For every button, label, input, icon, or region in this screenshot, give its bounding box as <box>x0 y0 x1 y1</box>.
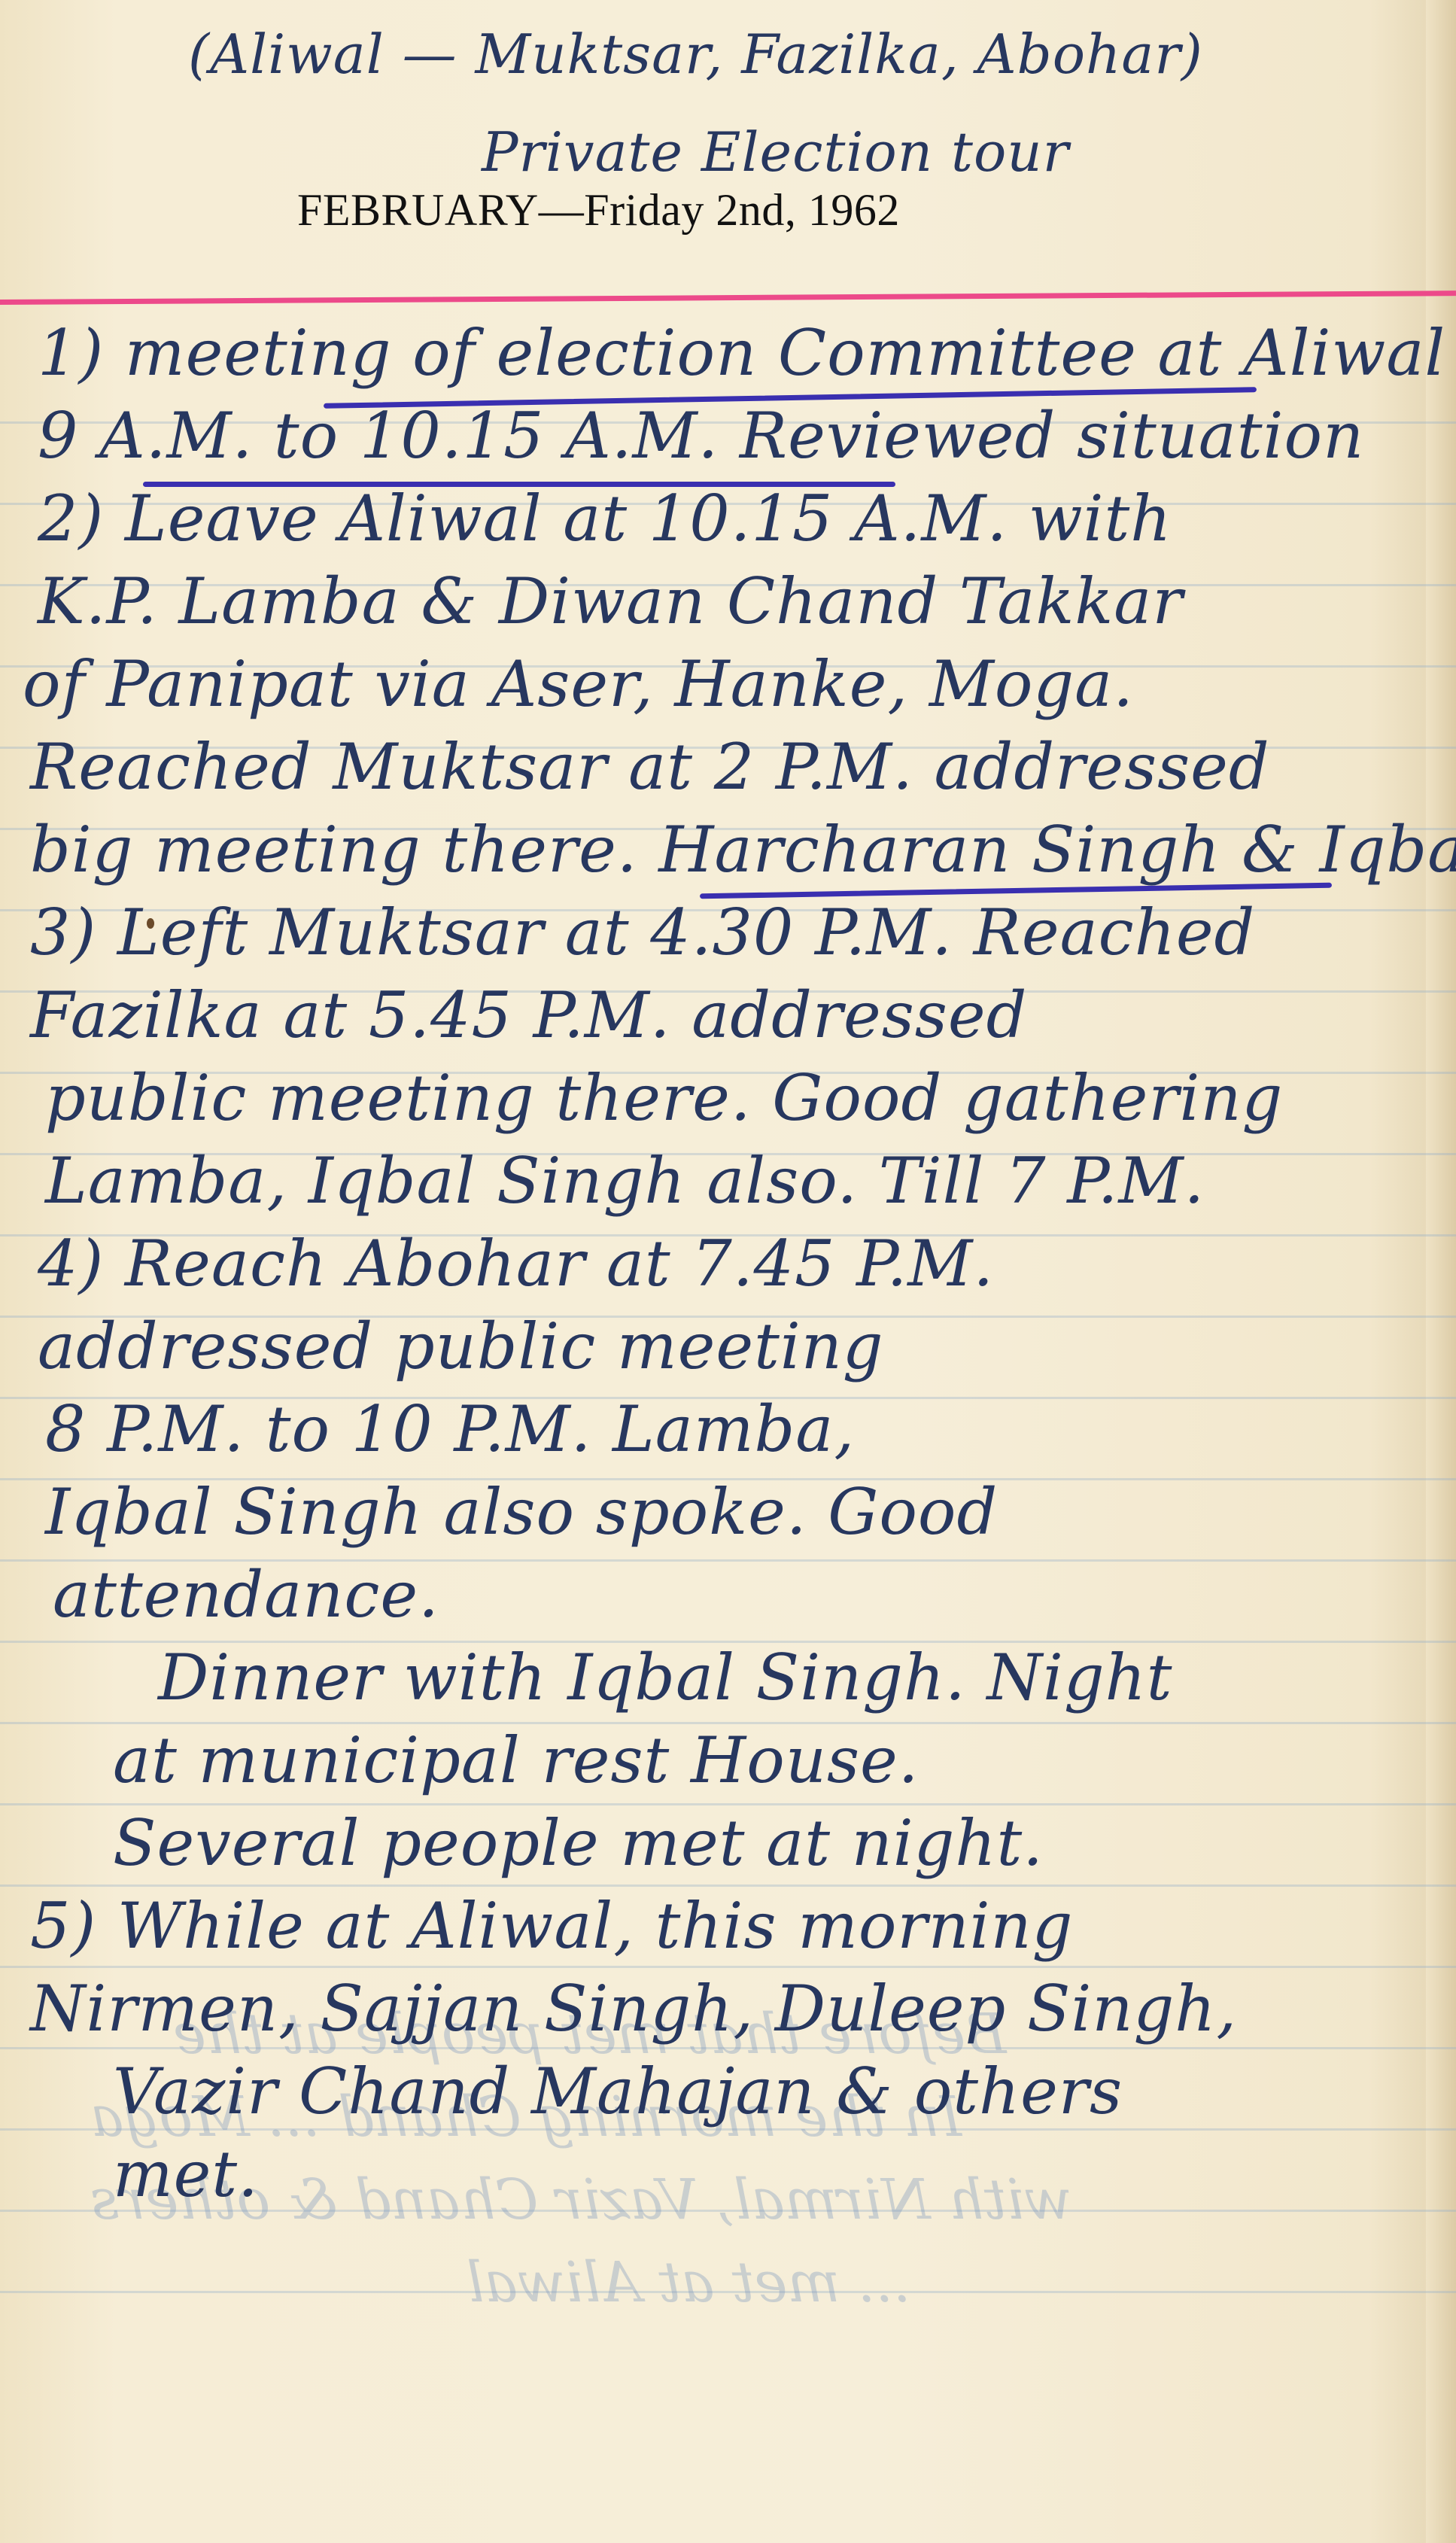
entry-line: 4) Reach Abohar at 7.45 P.M. <box>38 1227 994 1300</box>
entry-line: public meeting there. Good gathering <box>45 1061 1283 1135</box>
entry-line: at municipal rest House. <box>113 1723 919 1797</box>
entry-line: big meeting there. Harcharan Singh & Iqb… <box>30 813 1456 887</box>
entry-line: 3) Left Muktsar at 4.30 P.M. Reached <box>30 896 1255 969</box>
ink-spot <box>147 918 154 929</box>
entry-line: Fazilka at 5.45 P.M. addressed <box>30 978 1027 1052</box>
entry-line: Several people met at night. <box>113 1806 1044 1880</box>
entry-line: 8 P.M. to 10 P.M. Lamba, <box>45 1392 855 1466</box>
entry-line: K.P. Lamba & Diwan Chand Takkar <box>38 564 1184 638</box>
ruled-line <box>0 1966 1456 1968</box>
entry-line: Lamba, Iqbal Singh also. Till 7 P.M. <box>45 1144 1205 1218</box>
entry-line: addressed public meeting <box>38 1310 884 1383</box>
printed-date-heading: FEBRUARY—Friday 2nd, 1962 <box>297 184 900 236</box>
ruled-line <box>0 1803 1456 1805</box>
entry-line: attendance. <box>53 1558 439 1632</box>
entry-line: Iqbal Singh also spoke. Good <box>45 1475 998 1549</box>
ruled-line <box>0 1884 1456 1887</box>
margin-rule <box>0 290 1456 305</box>
entry-line: 9 A.M. to 10.15 A.M. Reviewed situation <box>38 399 1364 473</box>
diary-page: Before that met people at the In the mor… <box>0 0 1456 2543</box>
bleed-through-text: ... met at Aliwal <box>467 2250 911 2315</box>
entry-line: Vazir Chand Mahajan & others <box>113 2055 1123 2128</box>
header-route-note: (Aliwal — Muktsar, Fazilka, Abohar) <box>188 23 1203 86</box>
entry-line: Dinner with Iqbal Singh. Night <box>158 1641 1172 1714</box>
entry-line: met. <box>113 2137 259 2211</box>
entry-line: of Panipat via Aser, Hanke, Moga. <box>23 647 1134 721</box>
entry-line: 1) meeting of election Committee at Aliw… <box>38 316 1445 390</box>
entry-line: 2) Leave Aliwal at 10.15 A.M. with <box>38 482 1172 555</box>
entry-line: Reached Muktsar at 2 P.M. addressed <box>30 730 1270 804</box>
entry-line: Nirmen, Sajjan Singh, Duleep Singh, <box>30 1972 1237 2046</box>
entry-line: 5) While at Aliwal, this morning <box>30 1889 1073 1963</box>
header-tour-title: Private Election tour <box>482 120 1069 184</box>
